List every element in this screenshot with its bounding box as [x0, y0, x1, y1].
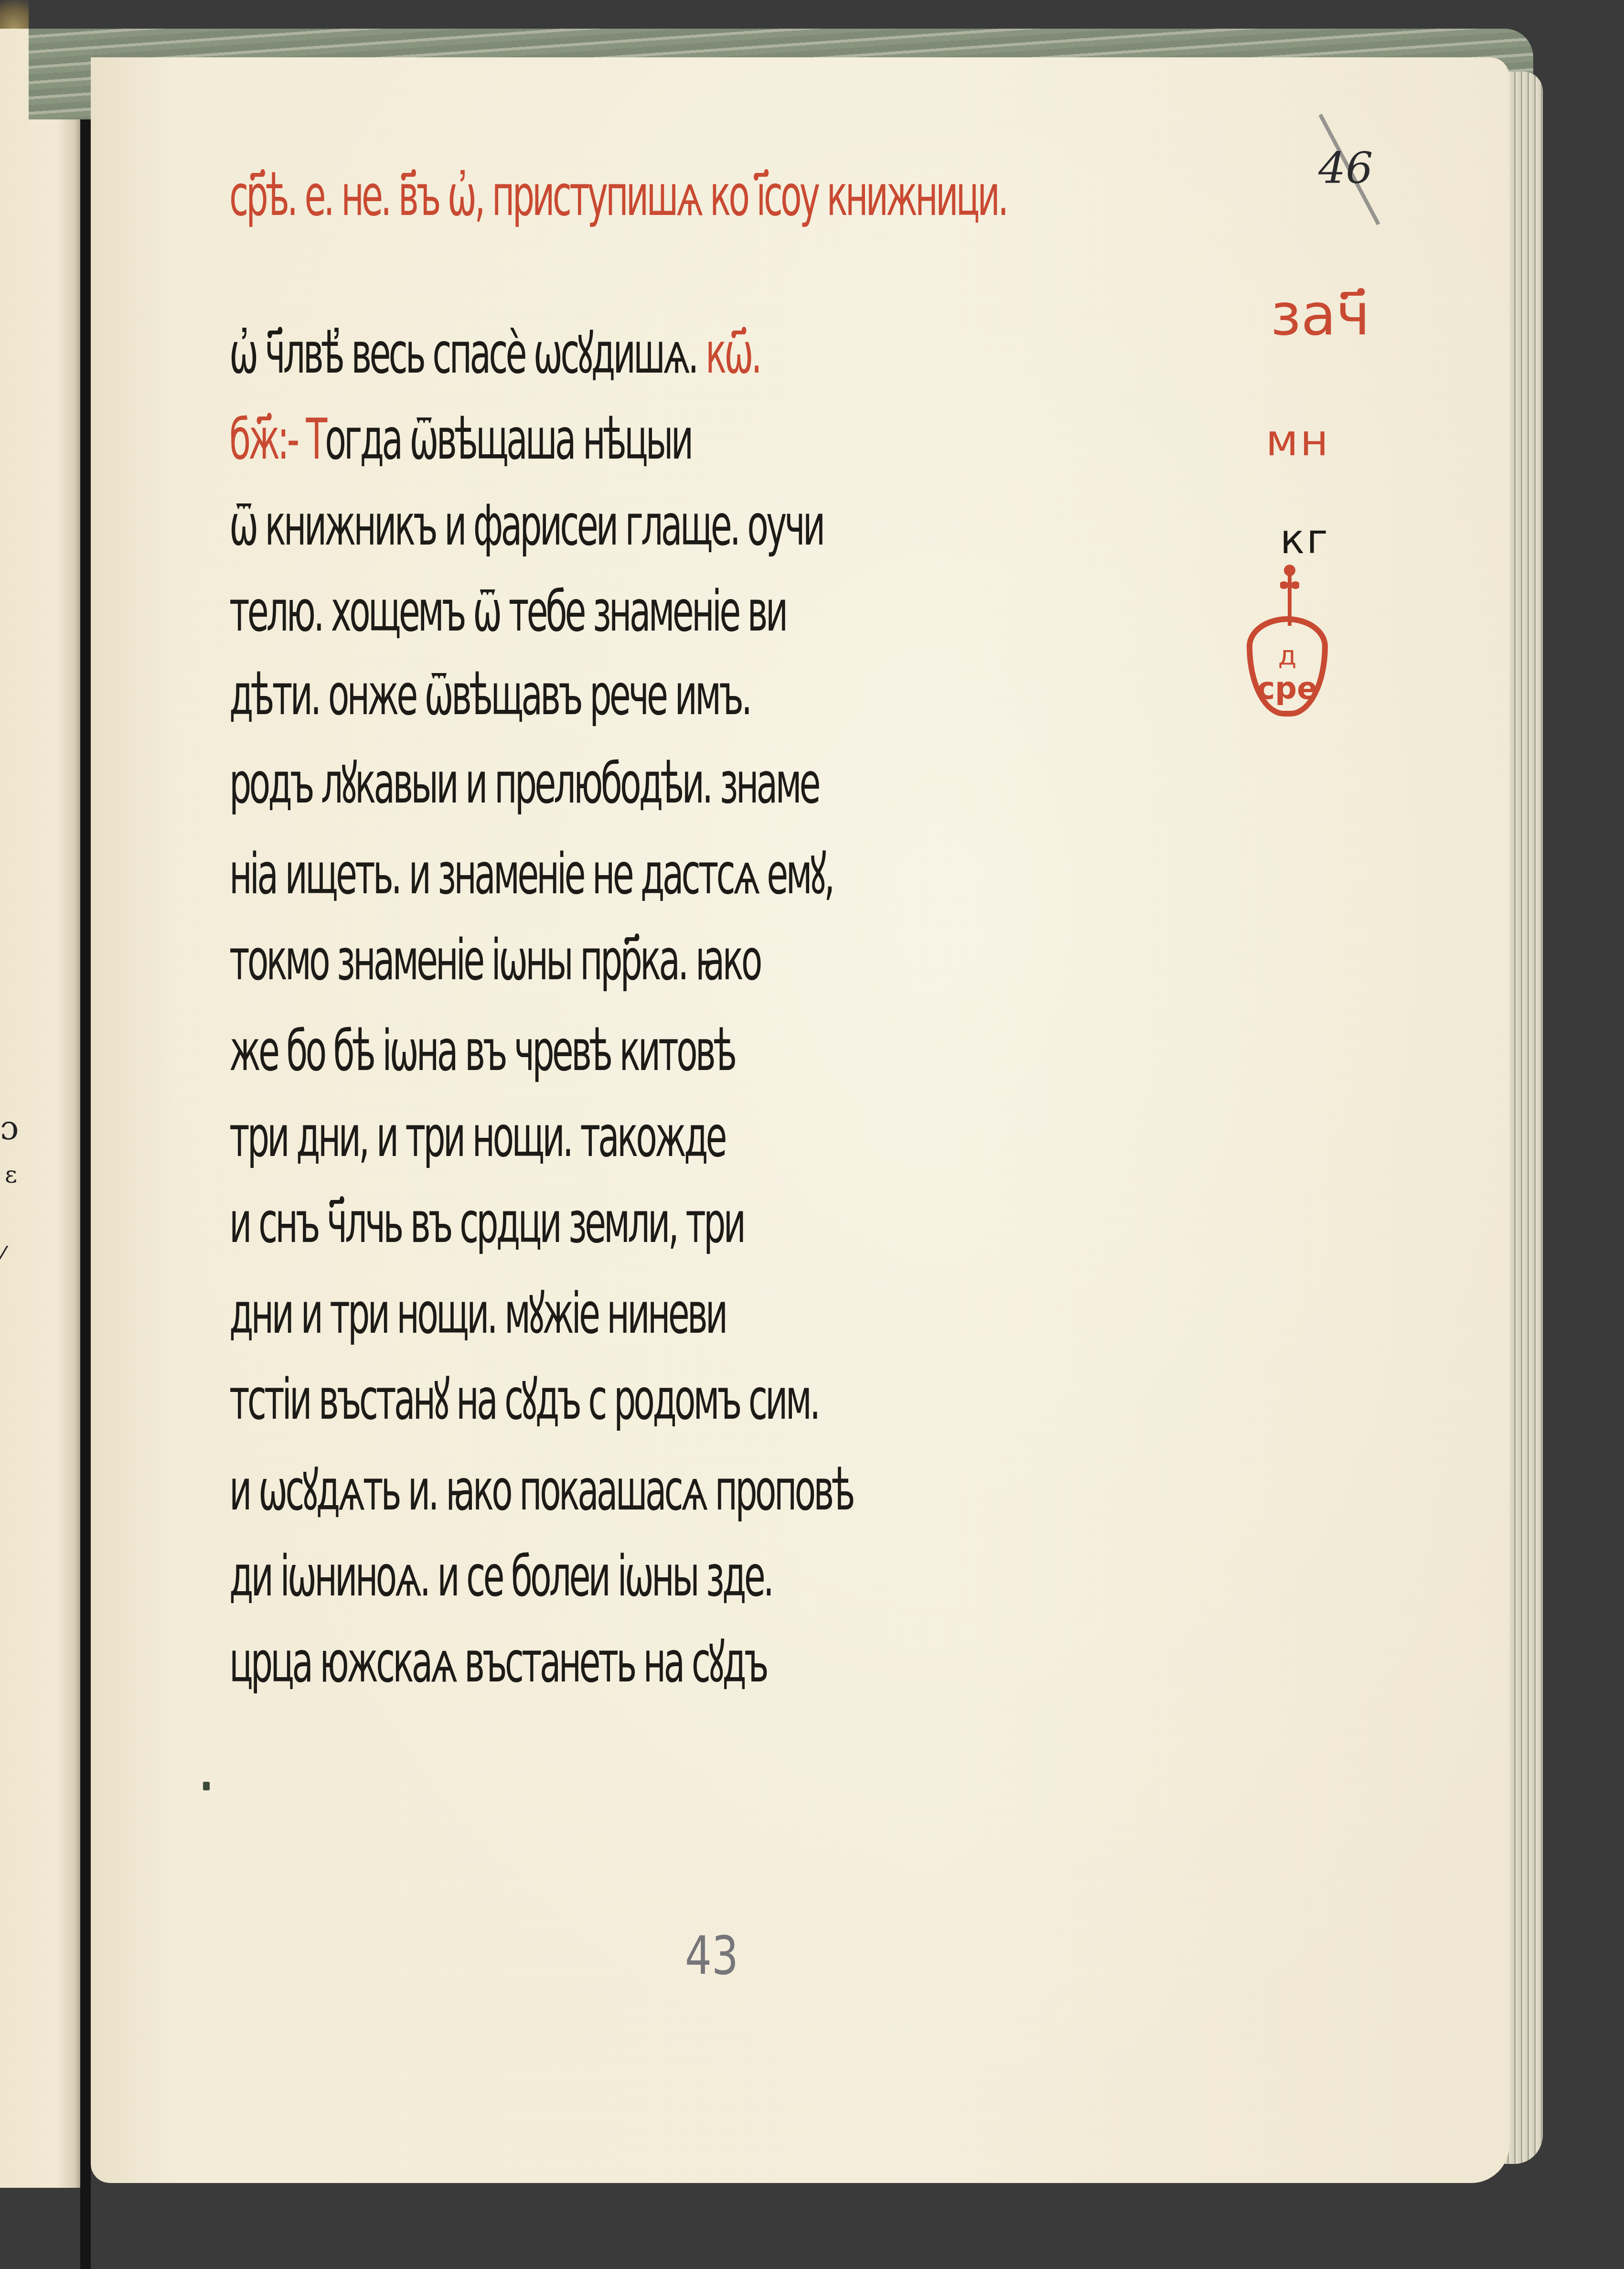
ink-spot: [203, 1782, 210, 1790]
pencil-page-number: 43: [685, 1925, 738, 1986]
text-segment: ніа ищеть. и знаменіе не дастсѧ емꙋ,: [229, 841, 833, 907]
text-line: токмо знаменіе іѡны прр҃ка. ꙗко: [229, 931, 760, 988]
folio-number: 46: [1318, 143, 1373, 193]
text-segment: телю. хощемъ ѿ тебе знаменіе ви: [229, 578, 786, 644]
rubric-heading: ср҃ѣ. е. не. в҃ъ ѡ҆, приступишѧ ко і҃соу…: [229, 167, 1006, 224]
text-line: тстіи въстанꙋ на сꙋдъ с родомъ сим.: [229, 1371, 818, 1427]
text-segment: тстіи въстанꙋ на сꙋдъ с родомъ сим.: [229, 1366, 818, 1432]
text-line: дѣти. онже ѿвѣщавъ рече имъ.: [229, 666, 750, 723]
facing-page-glyph: ɔ: [0, 1108, 19, 1147]
text-line: и снъ ч҃лчь въ срдци земли, три: [229, 1194, 744, 1251]
text-segment: огда ѿвѣщаша нѣцыи: [325, 406, 691, 472]
text-line: родъ лꙋкавыи и прелюбодѣи. знаме: [229, 755, 819, 811]
text-segment: црца южскаѧ въстанеть на сꙋдъ: [229, 1629, 767, 1695]
text-segment: ди іѡниноѧ. и се болеи іѡны зде.: [229, 1543, 772, 1609]
text-line: три дни, и три нощи. такожде: [229, 1108, 725, 1165]
page-block-fore-edge: [1505, 72, 1543, 2164]
margin-zachalo: зач҃: [1271, 282, 1370, 348]
red-text-segment: Т: [306, 406, 325, 472]
facing-page-edge: ɔ ɛ ⁄: [0, 29, 81, 2188]
text-line: ніа ищеть. и знаменіе не дастсѧ емꙋ,: [229, 846, 833, 902]
facing-page-glyph: ɛ: [5, 1161, 17, 1188]
gutter: [80, 29, 91, 2269]
text-segment: ѡ҆ ч҃лвѣ҆ весь спасѐ ѡсꙋдишѧ.: [229, 320, 697, 386]
text-line: телю. хощемъ ѿ тебе знаменіе ви: [229, 583, 786, 639]
text-segment: токмо знаменіе іѡны прр҃ка. ꙗко: [229, 927, 760, 993]
text-line: црца южскаѧ въстанеть на сꙋдъ: [229, 1634, 767, 1690]
text-line: ди іѡниноѧ. и се болеи іѡны зде.: [229, 1548, 772, 1604]
text-line: ѡ҆ ч҃лвѣ҆ весь спасѐ ѡсꙋдишѧ. кѡ҃.: [229, 325, 760, 381]
text-line: дни и три нощи. мꙋжіе ниневи: [229, 1285, 726, 1341]
text-segment: дѣти. онже ѿвѣщавъ рече имъ.: [229, 662, 750, 728]
red-text-segment: бж҃:-: [229, 406, 306, 472]
cartouche-icon: д сре: [1242, 564, 1337, 726]
red-text-segment: кѡ҃.: [697, 320, 760, 386]
text-segment: дни и три нощи. мꙋжіе ниневи: [229, 1280, 726, 1346]
margin-zachalo-number: мн: [1266, 416, 1330, 466]
text-line: ѿ книжникъ и фарисеи глаще. оучи: [229, 497, 823, 553]
text-segment: родъ лꙋкавыи и прелюбодѣи. знаме: [229, 750, 819, 816]
text-line: же бо бѣ іѡна въ чревѣ китовѣ: [229, 1022, 735, 1079]
cartouche-day: д: [1242, 640, 1333, 671]
text-segment: и ѡсꙋдѧть и. ꙗко покаашасѧ проповѣ: [229, 1457, 853, 1523]
text-line: бж҃:- Тогда ѿвѣщаша нѣцыи: [229, 411, 691, 467]
text-segment: и снъ ч҃лчь въ срдци земли, три: [229, 1189, 744, 1255]
text-segment: же бо бѣ іѡна въ чревѣ китовѣ: [229, 1017, 735, 1083]
cartouche-weekday: сре: [1242, 671, 1333, 706]
text-line: и ѡсꙋдѧть и. ꙗко покаашасѧ проповѣ: [229, 1462, 853, 1518]
facing-page-glyph: ⁄: [0, 1242, 4, 1270]
margin-number: кг: [1280, 516, 1330, 563]
text-segment: три дни, и три нощи. такожде: [229, 1103, 725, 1169]
text-segment: ѿ книжникъ и фарисеи глаще. оучи: [229, 492, 823, 558]
